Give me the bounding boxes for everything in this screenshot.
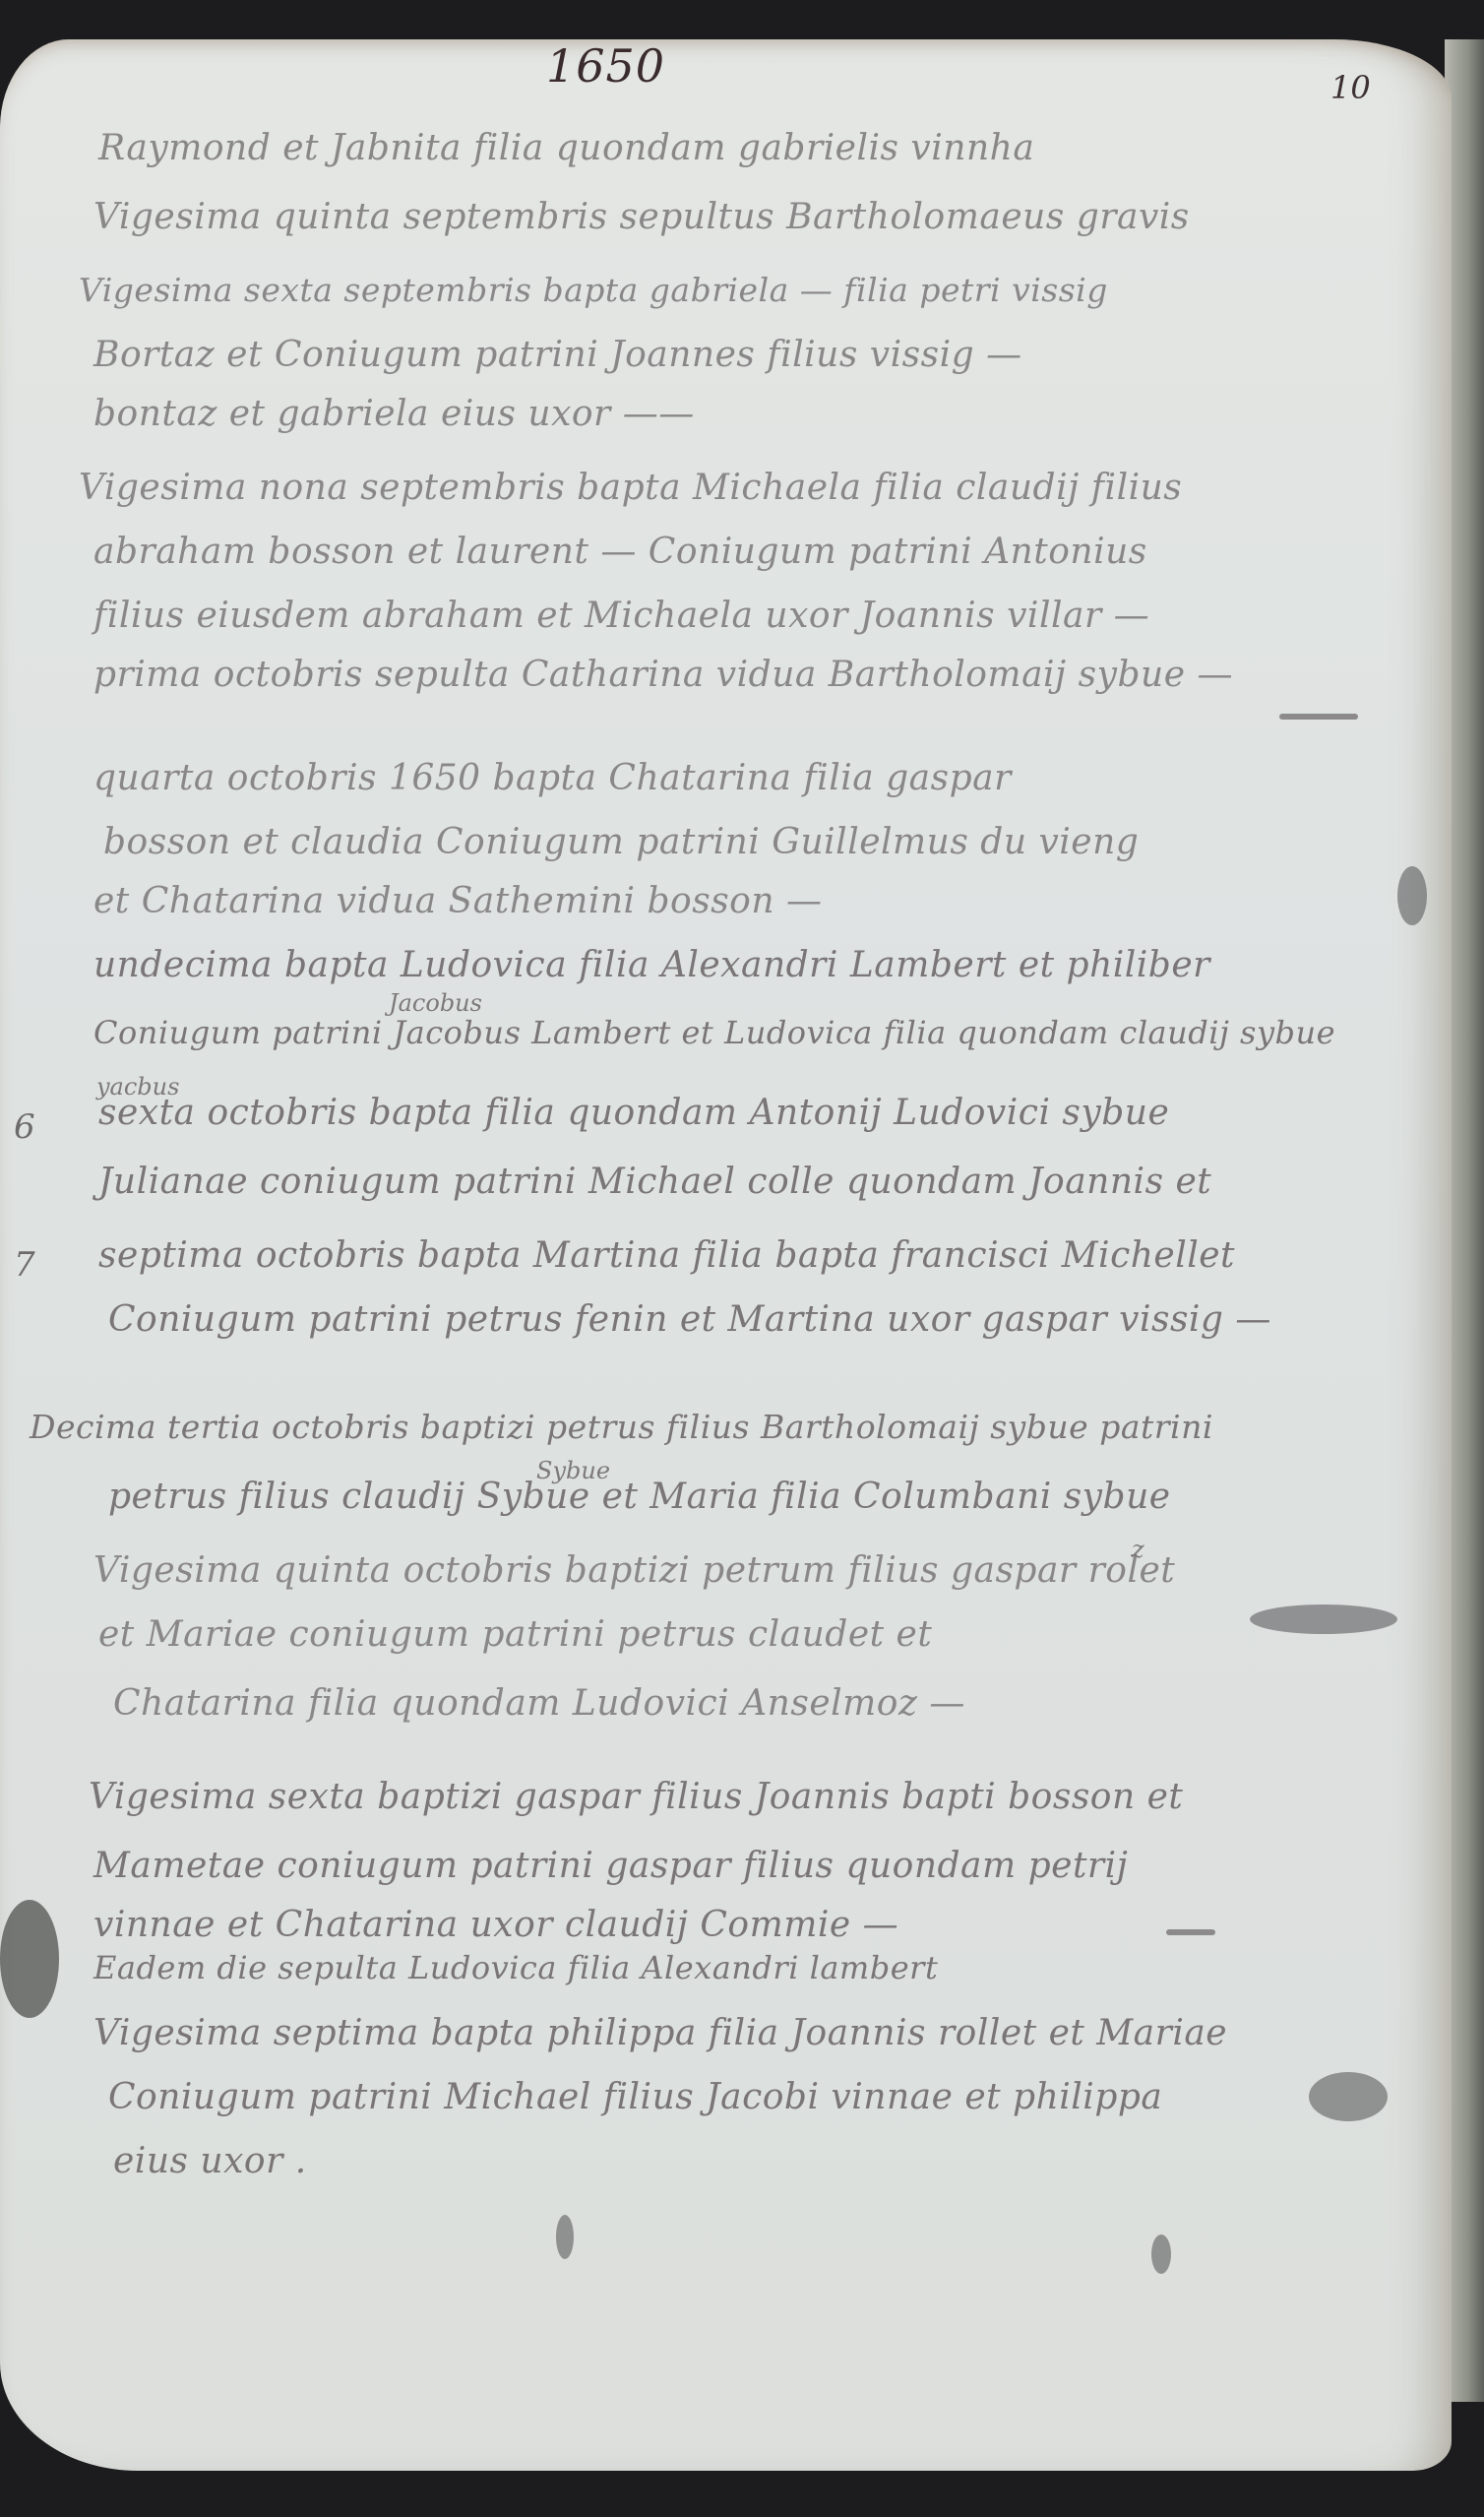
ink-stain <box>1397 866 1427 925</box>
interlinear-note: z <box>1132 1536 1144 1563</box>
text-line: Eadem die sepulta Ludovica filia Alexand… <box>93 1949 938 1986</box>
year-header: 1650 <box>546 39 665 93</box>
ink-stain <box>556 2215 574 2259</box>
text-line: Vigesima quinta octobris baptizi petrum … <box>93 1550 1175 1591</box>
text-line: Vigesima sexta septembris bapta gabriela… <box>79 271 1108 309</box>
text-line: Bortaz et Coniugum patrini Joannes filiu… <box>93 335 1022 375</box>
text-line: Raymond et Jabnita filia quondam gabriel… <box>98 128 1034 168</box>
text-line: filius eiusdem abraham et Michaela uxor … <box>93 596 1149 636</box>
text-line: prima octobris sepulta Catharina vidua B… <box>93 655 1233 695</box>
text-line: Julianae coniugum patrini Michael colle … <box>98 1162 1211 1202</box>
margin-number: 7 <box>14 1245 35 1285</box>
text-line: petrus filius claudij Sybue et Maria fil… <box>108 1477 1171 1517</box>
text-line: Vigesima septima bapta philippa filia Jo… <box>93 2013 1227 2053</box>
interlinear-note: Jacobus <box>389 989 482 1017</box>
text-line: sexta octobris bapta filia quondam Anton… <box>98 1093 1169 1133</box>
line-dash <box>1279 714 1358 720</box>
text-line: et Chatarina vidua Sathemini bosson — <box>93 881 823 921</box>
text-line: et Mariae coniugum patrini petrus claude… <box>98 1614 932 1655</box>
text-line: eius uxor . <box>113 2141 307 2181</box>
text-line: vinnae et Chatarina uxor claudij Commie … <box>93 1905 898 1945</box>
ink-stain <box>1151 2234 1171 2274</box>
text-line: Vigesima sexta baptizi gaspar filius Joa… <box>89 1777 1183 1817</box>
text-line: Decima tertia octobris baptizi petrus fi… <box>30 1408 1213 1446</box>
text-line: septima octobris bapta Martina filia bap… <box>98 1235 1235 1276</box>
text-line: abraham bosson et laurent — Coniugum pat… <box>93 532 1147 572</box>
text-line: Coniugum patrini Jacobus Lambert et Ludo… <box>93 1014 1335 1051</box>
ink-stain <box>1309 2072 1388 2121</box>
interlinear-note: yacbus <box>96 1073 179 1101</box>
margin-number: 6 <box>14 1107 35 1147</box>
text-line: quarta octobris 1650 bapta Chatarina fil… <box>93 758 1012 798</box>
text-line: Mametae coniugum patrini gaspar filius q… <box>93 1846 1128 1886</box>
ink-stain <box>1250 1605 1397 1634</box>
text-line: bosson et claudia Coniugum patrini Guill… <box>103 822 1139 862</box>
text-line: Coniugum patrini Michael filius Jacobi v… <box>108 2077 1162 2117</box>
interlinear-note: Sybue <box>536 1457 610 1484</box>
ink-stain <box>0 1900 59 2018</box>
line-dash <box>1166 1929 1215 1935</box>
text-line: undecima bapta Ludovica filia Alexandri … <box>93 945 1210 985</box>
text-line: Chatarina filia quondam Ludovici Anselmo… <box>113 1683 965 1724</box>
text-line: Coniugum patrini petrus fenin et Martina… <box>108 1299 1271 1340</box>
text-line: Vigesima nona septembris bapta Michaela … <box>79 468 1182 508</box>
folio-number: 10 <box>1330 69 1371 106</box>
text-line: Vigesima quinta septembris sepultus Bart… <box>93 197 1190 237</box>
text-line: bontaz et gabriela eius uxor —— <box>93 394 695 434</box>
